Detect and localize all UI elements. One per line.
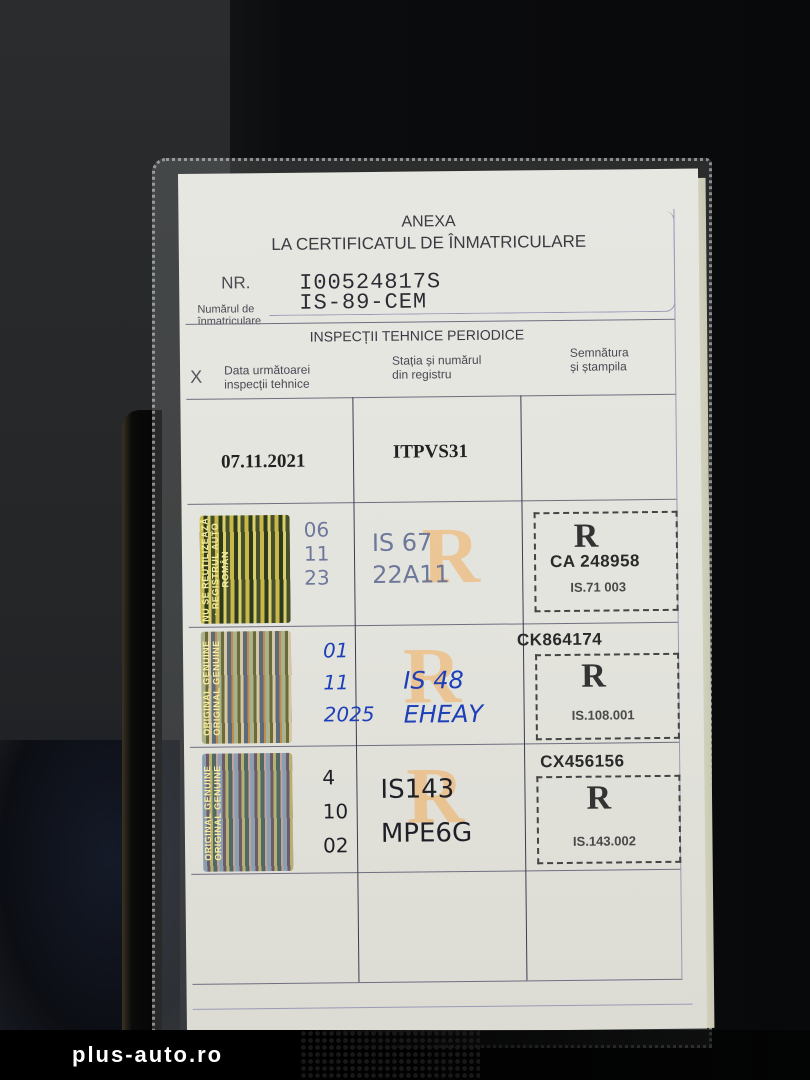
row-divider [187,499,677,505]
halftone-pattern [300,1030,480,1080]
row2-date: 06 11 23 [304,517,330,589]
r-logo-icon: R [574,518,599,556]
row3-stamp-sub: IS.108.001 [572,707,635,723]
x-mark: X [190,367,202,388]
plate-label-line2: înmatriculare [197,315,261,328]
hologram-sticker: ORIGINAL GENUINE ORIGINAL GENUINE [201,631,292,744]
nr-label: NR. [221,273,250,293]
column-header-date-line1: Data următoarei [224,363,310,378]
plate-value: IS-89-CEM [299,289,427,315]
plate-label-line1: Numărul de [197,303,261,316]
row3-station-line1: IS 48 [403,663,483,698]
row3-stamp-code: CK864174 [517,630,602,651]
row3-date-month: 11 [323,666,374,699]
row-divider [192,979,682,985]
column-header-signature-line1: Semnătura [570,345,629,360]
row2-date-day: 06 [304,517,330,541]
row2-date-month: 11 [304,541,330,565]
row4-station: IS143 MPE6G [380,767,472,856]
row4-stamp-code: CX456156 [540,751,625,772]
brand-watermark: plus-auto.ro [72,1042,223,1068]
row4-date-year: 02 [323,828,349,862]
row4-date: 4 10 02 [322,760,349,862]
frame-bottom [193,1004,693,1010]
row2-stamp: R CA 248958 IS.71 003 [534,511,679,613]
column-header-station: Stația și numărul din registru [392,353,482,382]
column-header-station-line1: Stația și numărul [392,353,482,368]
row3-date-year: 2025 [324,698,375,731]
row2-stamp-code: CA 248958 [550,551,640,572]
registration-annex-document: ANEXA LA CERTIFICATUL DE ÎNMATRICULARE N… [178,169,707,1034]
row4-date-month: 10 [323,794,349,828]
row4-stamp-sub: IS.143.002 [573,833,636,849]
column-header-date: Data următoarei inspecții tehnice [224,363,310,392]
row3-station-line2: EHEAY [403,697,483,732]
column-divider [520,395,527,980]
row2-date-year: 23 [304,565,330,589]
watermark-bar: plus-auto.ro [0,1030,810,1080]
row3-date-day: 01 [323,634,374,667]
hologram-sticker: NU SE REUTILIZEAZĂ · REGISTRUL AUTO ROMÂ… [200,515,291,624]
row1-date: 07.11.2021 [221,451,306,474]
row4-station-line2: MPE6G [381,811,473,856]
row2-stamp-sub: IS.71 003 [570,579,626,595]
hologram-sticker: ORIGINAL GENUINE ORIGINAL GENUINE [202,753,293,872]
row2-station-line2: 22A11 [372,558,450,591]
row3-stamp: R IS.108.001 [535,653,680,741]
r-logo-icon: R [581,658,606,696]
row4-date-day: 4 [322,760,348,794]
r-logo-icon: R [586,779,611,817]
hologram-text: ORIGINAL GENUINE ORIGINAL GENUINE [202,753,293,872]
row-divider [186,394,676,400]
column-header-signature-line2: și ștampila [570,359,629,374]
column-header-signature: Semnătura și ștampila [570,345,629,374]
row3-station: IS 48 EHEAY [403,663,483,732]
section-title: INSPECȚII TEHNICE PERIODICE [310,326,525,344]
hologram-text: ORIGINAL GENUINE ORIGINAL GENUINE [201,631,292,744]
column-header-date-line2: inspecții tehnice [224,377,310,392]
column-header-station-line2: din registru [392,367,482,382]
row4-station-line1: IS143 [380,767,472,812]
row2-station: IS 67 22A11 [372,526,450,591]
row1-station: ITPVS31 [393,441,468,464]
row3-date: 01 11 2025 [323,634,375,731]
row4-stamp: R IS.143.002 [536,775,681,865]
row2-station-line1: IS 67 [372,526,450,559]
hologram-text: NU SE REUTILIZEAZĂ · REGISTRUL AUTO ROMÂ… [200,515,291,624]
